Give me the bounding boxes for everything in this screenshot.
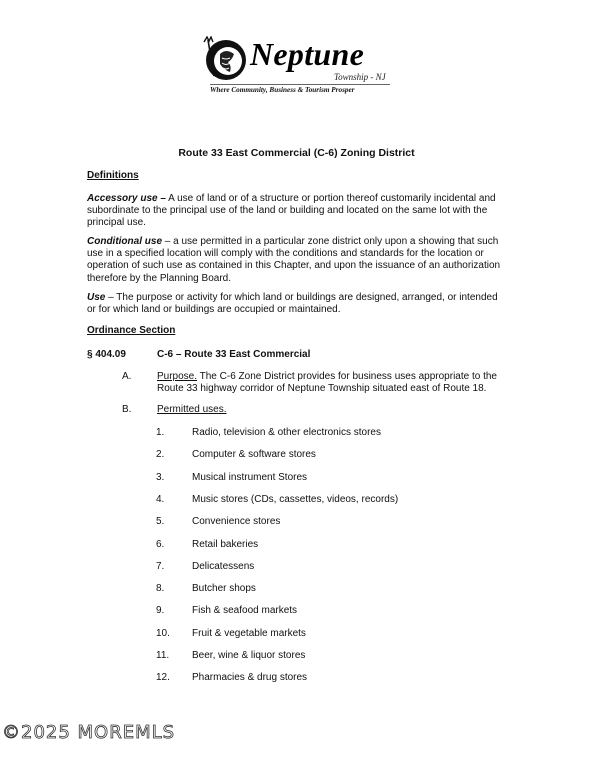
permitted-use-number: 12. <box>156 672 170 683</box>
mls-watermark: ©2025 MOREMLS <box>2 722 175 743</box>
permitted-use-number: 8. <box>156 583 164 594</box>
permitted-use-item: Retail bakeries <box>192 539 258 550</box>
subsection-label: Purpose. <box>157 371 197 382</box>
permitted-use-number: 3. <box>156 472 164 483</box>
section-title: C-6 – Route 33 East Commercial <box>157 349 310 360</box>
permitted-use-item: Fish & seafood markets <box>192 605 297 616</box>
permitted-use-number: 5. <box>156 516 164 527</box>
logo-brand-name: Neptune <box>250 36 364 73</box>
logo-divider <box>210 84 390 85</box>
permitted-use-number: 11. <box>156 650 169 661</box>
permitted-use-item: Radio, television & other electronics st… <box>192 427 381 438</box>
document-title: Route 33 East Commercial (C-6) Zoning Di… <box>0 147 593 159</box>
permitted-use-item: Butcher shops <box>192 583 256 594</box>
subsection-text: The C-6 Zone District provides for busin… <box>157 371 497 394</box>
permitted-use-item: Computer & software stores <box>192 449 316 460</box>
subsection-permitted-uses: Permitted uses. <box>157 404 517 416</box>
definition-conditional-use: Conditional use – a use permitted in a p… <box>87 236 507 285</box>
permitted-use-item: Music stores (CDs, cassettes, videos, re… <box>192 494 398 505</box>
permitted-use-number: 9. <box>156 605 164 616</box>
permitted-use-number: 7. <box>156 561 164 572</box>
permitted-use-number: 4. <box>156 494 164 505</box>
permitted-use-item: Fruit & vegetable markets <box>192 628 306 639</box>
definition-accessory-use: Accessory use – A use of land or of a st… <box>87 193 507 230</box>
neptune-township-logo: Neptune Township - NJ Where Community, B… <box>202 34 402 96</box>
ordinance-section-heading: Ordinance Section <box>87 325 175 336</box>
definition-term: Accessory use – <box>87 193 166 204</box>
neptune-head-trident-icon <box>202 36 248 82</box>
logo-subtitle: Township - NJ <box>334 72 386 82</box>
definitions-heading: Definitions <box>87 170 139 181</box>
permitted-use-number: 1. <box>156 427 164 438</box>
definition-use: Use – The purpose or activity for which … <box>87 292 507 316</box>
subsection-label: Permitted uses. <box>157 404 226 415</box>
permitted-use-item: Beer, wine & liquor stores <box>192 650 305 661</box>
permitted-use-number: 10. <box>156 628 170 639</box>
permitted-use-item: Convenience stores <box>192 516 280 527</box>
permitted-use-item: Pharmacies & drug stores <box>192 672 307 683</box>
subsection-letter: A. <box>122 371 131 382</box>
definition-text: – The purpose or activity for which land… <box>87 292 498 315</box>
permitted-use-item: Delicatessens <box>192 561 254 572</box>
section-number: § 404.09 <box>87 349 126 360</box>
subsection-letter: B. <box>122 404 131 415</box>
definition-term: Conditional use <box>87 236 162 247</box>
logo-tagline: Where Community, Business & Tourism Pros… <box>210 86 354 94</box>
permitted-use-item: Musical instrument Stores <box>192 472 307 483</box>
permitted-use-number: 2. <box>156 449 164 460</box>
definition-term: Use <box>87 292 105 303</box>
permitted-use-number: 6. <box>156 539 164 550</box>
subsection-purpose: Purpose. The C-6 Zone District provides … <box>157 371 517 395</box>
